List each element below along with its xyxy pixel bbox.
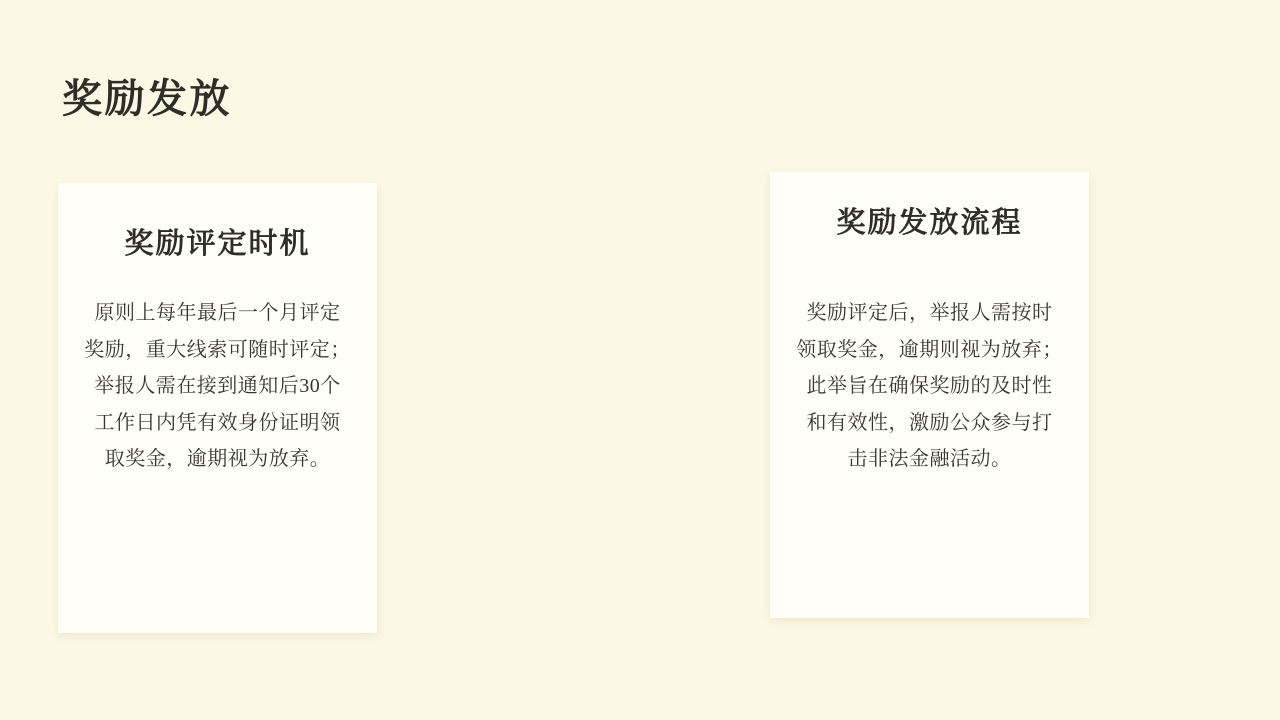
card-body: 原则上每年最后一个月评定 奖励，重大线索可随时评定； 举报人需在接到通知后30个… xyxy=(78,295,357,478)
card-body-line: 原则上每年最后一个月评定 xyxy=(78,295,357,332)
card-body-line: 奖励，重大线索可随时评定； xyxy=(78,332,357,369)
card-body-line: 奖励评定后，举报人需按时 xyxy=(790,295,1069,332)
card-body-line: 领取奖金，逾期则视为放弃； xyxy=(790,332,1069,369)
card-body-line: 和有效性，激励公众参与打 xyxy=(790,405,1069,442)
page-title: 奖励发放 xyxy=(62,73,232,125)
card-body: 奖励评定后，举报人需按时 领取奖金，逾期则视为放弃； 此举旨在确保奖励的及时性 … xyxy=(790,295,1069,478)
card-body-line: 举报人需在接到通知后30个 xyxy=(78,368,357,405)
slide: 奖励发放 奖励评定时机 原则上每年最后一个月评定 奖励，重大线索可随时评定； 举… xyxy=(0,0,1280,720)
card-title-reward-evaluation-timing: 奖励评定时机 xyxy=(78,225,357,263)
card-body-line: 击非法金融活动。 xyxy=(790,441,1069,478)
card-body-line: 取奖金，逾期视为放弃。 xyxy=(78,441,357,478)
card-body-line: 此举旨在确保奖励的及时性 xyxy=(790,368,1069,405)
card-title-reward-distribution-process: 奖励发放流程 xyxy=(790,204,1069,242)
card-reward-distribution-process: 奖励发放流程 奖励评定后，举报人需按时 领取奖金，逾期则视为放弃； 此举旨在确保… xyxy=(770,172,1089,618)
card-reward-evaluation-timing: 奖励评定时机 原则上每年最后一个月评定 奖励，重大线索可随时评定； 举报人需在接… xyxy=(58,183,377,633)
card-body-line: 工作日内凭有效身份证明领 xyxy=(78,405,357,442)
